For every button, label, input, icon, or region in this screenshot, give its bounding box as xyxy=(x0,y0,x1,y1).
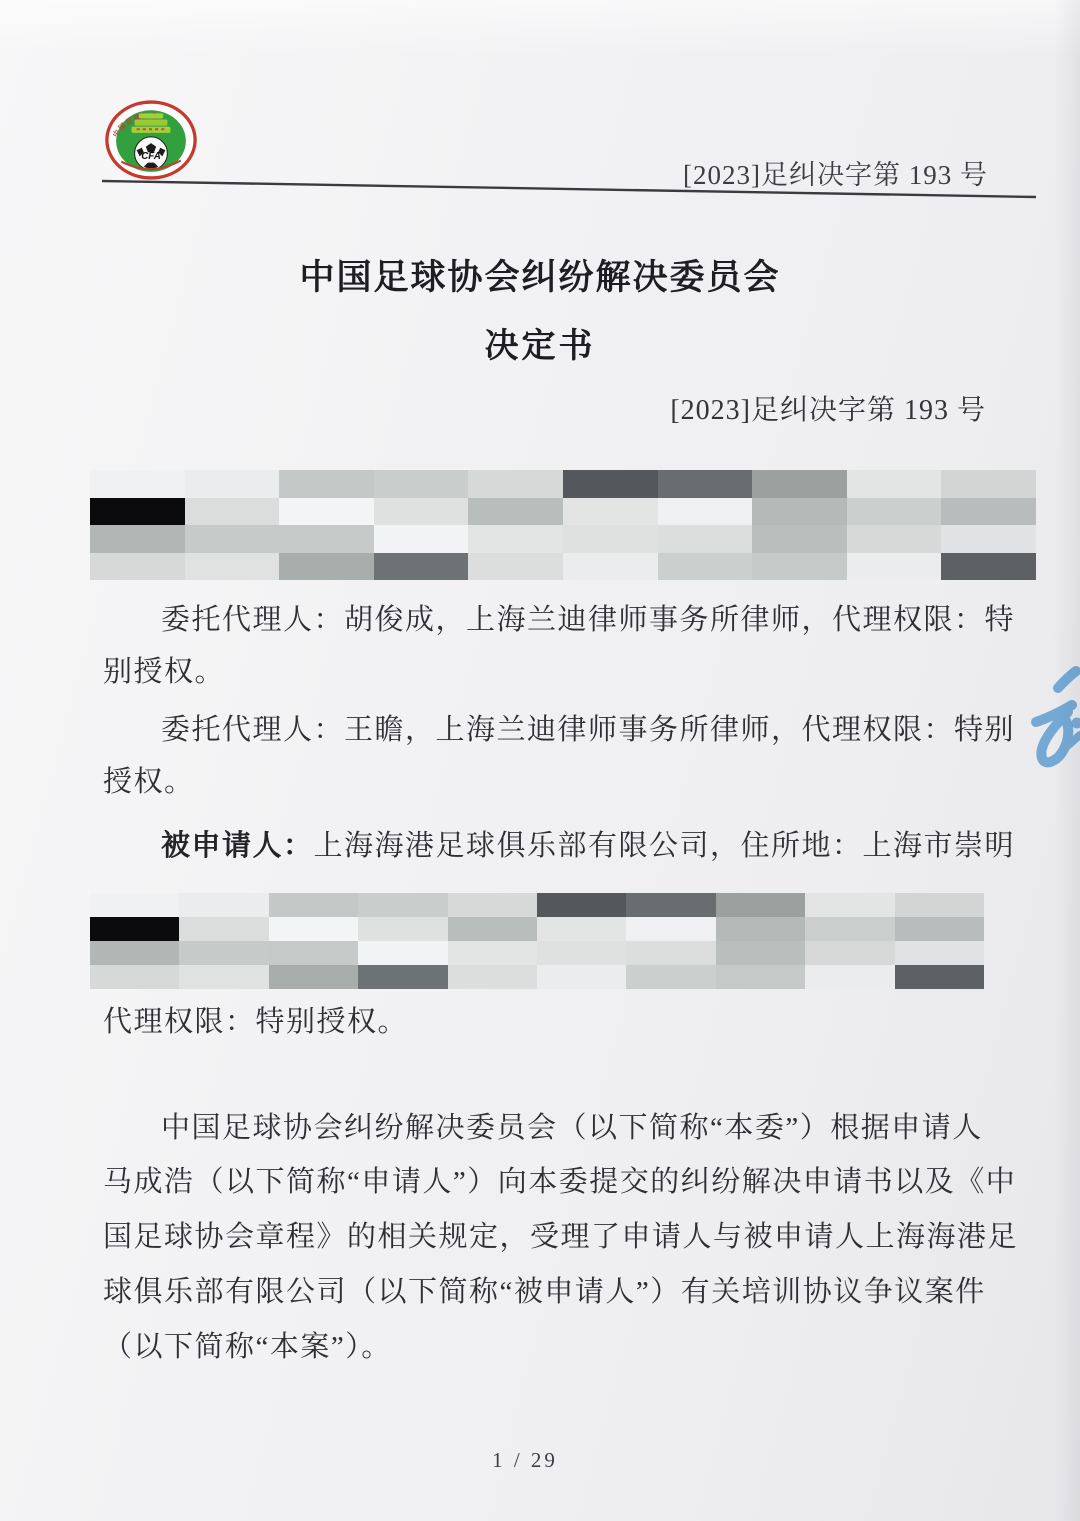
agent1-line2: 别授权。 xyxy=(103,652,225,692)
redaction-cell xyxy=(563,498,658,526)
redaction-cell xyxy=(90,470,185,498)
redaction-mosaic-applicant xyxy=(90,470,1036,580)
redaction-cell xyxy=(90,498,185,526)
redaction-cell xyxy=(269,941,358,965)
redaction-cell xyxy=(358,965,447,989)
redaction-cell xyxy=(941,498,1036,526)
redaction-cell xyxy=(448,893,537,917)
logo-football-icon: CFA xyxy=(135,137,168,170)
redaction-cell xyxy=(179,917,268,941)
redaction-cell xyxy=(448,941,537,965)
redaction-cell xyxy=(185,553,280,581)
paragraph-line5: （以下简称“本案”）。 xyxy=(103,1327,392,1367)
redaction-cell xyxy=(626,965,715,989)
paragraph-line2: 马成浩（以下简称“申请人”）向本委提交的纠纷解决申请书以及《中 xyxy=(103,1162,1016,1202)
redaction-cell xyxy=(448,965,537,989)
redaction-cell xyxy=(185,525,280,553)
respondent-text: 上海海港足球俱乐部有限公司，住所地：上海市崇明 xyxy=(314,830,1016,862)
redaction-cell xyxy=(537,893,626,917)
redaction-cell xyxy=(941,553,1036,581)
redaction-cell xyxy=(358,917,447,941)
redaction-cell xyxy=(279,553,374,581)
redaction-cell xyxy=(374,553,469,581)
redaction-mosaic-respondent xyxy=(90,893,984,989)
agent2-line2: 授权。 xyxy=(103,762,195,802)
paragraph-line4: 球俱乐部有限公司（以下简称“被申请人”）有关培训协议争议案件 xyxy=(103,1272,986,1312)
redaction-cell xyxy=(563,525,658,553)
redaction-cell xyxy=(626,941,715,965)
redaction-cell xyxy=(847,470,942,498)
redaction-cell xyxy=(626,917,715,941)
redaction-cell xyxy=(805,965,894,989)
redaction-cell xyxy=(537,941,626,965)
redaction-cell xyxy=(279,470,374,498)
redaction-cell xyxy=(716,893,805,917)
redaction-cell xyxy=(658,525,753,553)
redaction-cell xyxy=(90,965,179,989)
redaction-cell xyxy=(90,553,185,581)
redaction-cell xyxy=(537,917,626,941)
respondent-line: 被申请人：上海海港足球俱乐部有限公司，住所地：上海市崇明 xyxy=(161,826,1015,866)
redaction-cell xyxy=(847,525,942,553)
redaction-cell xyxy=(658,498,753,526)
redaction-cell xyxy=(358,893,447,917)
redaction-cell xyxy=(895,893,984,917)
redaction-cell xyxy=(941,525,1036,553)
scanned-document-page: 中国足球协会 CFA [2023]足纠决字第 193 号 中国足球 xyxy=(0,0,1080,1521)
redaction-cell xyxy=(895,917,984,941)
redaction-cell xyxy=(269,893,358,917)
cfa-logo: 中国足球协会 CFA xyxy=(104,100,198,180)
redaction-cell xyxy=(716,917,805,941)
redaction-cell xyxy=(716,965,805,989)
redaction-cell xyxy=(468,470,563,498)
redaction-cell xyxy=(358,941,447,965)
redaction-cell xyxy=(468,525,563,553)
redaction-cell xyxy=(279,525,374,553)
redaction-cell xyxy=(279,498,374,526)
redaction-cell xyxy=(847,553,942,581)
agent1-line1: 委托代理人：胡俊成，上海兰迪律师事务所律师，代理权限：特 xyxy=(161,600,1015,640)
redaction-cell xyxy=(179,941,268,965)
redaction-cell xyxy=(716,941,805,965)
redaction-cell xyxy=(805,893,894,917)
redaction-cell xyxy=(185,498,280,526)
handwritten-mark xyxy=(1012,648,1080,776)
redaction-cell xyxy=(752,553,847,581)
document-title: 中国足球协会纠纷解决委员会 xyxy=(0,250,1080,300)
redaction-cell xyxy=(563,470,658,498)
redaction-cell xyxy=(805,917,894,941)
document-subtitle: 决定书 xyxy=(0,318,1080,367)
agent2-line1: 委托代理人：王瞻，上海兰迪律师事务所律师，代理权限：特别 xyxy=(161,710,1015,750)
redaction-cell xyxy=(90,917,179,941)
redaction-cell xyxy=(374,470,469,498)
respondent-label: 被申请人： xyxy=(161,830,314,862)
redaction-cell xyxy=(895,941,984,965)
redaction-cell xyxy=(658,553,753,581)
redaction-cell xyxy=(468,498,563,526)
page-number: 1 / 29 xyxy=(0,1448,1050,1473)
redaction-cell xyxy=(537,965,626,989)
redaction-cell xyxy=(468,553,563,581)
logo-cfa-text: CFA xyxy=(141,151,160,162)
redaction-cell xyxy=(847,498,942,526)
header-case-number: [2023]足纠决字第 193 号 xyxy=(683,153,988,192)
case-number: [2023]足纠决字第 193 号 xyxy=(670,388,986,428)
redaction-cell xyxy=(374,498,469,526)
paragraph-line3: 国足球协会章程》的相关规定，受理了申请人与被申请人上海海港足 xyxy=(103,1217,1018,1257)
redaction-cell xyxy=(941,470,1036,498)
redaction-cell xyxy=(90,941,179,965)
paragraph-line1: 中国足球协会纠纷解决委员会（以下简称“本委”）根据申请人 xyxy=(161,1108,983,1148)
redaction-cell xyxy=(179,965,268,989)
redaction-cell xyxy=(374,525,469,553)
redaction-cell xyxy=(752,498,847,526)
redaction-cell xyxy=(90,893,179,917)
redaction-cell xyxy=(269,917,358,941)
authority-line: 代理权限：特别授权。 xyxy=(103,1002,408,1042)
redaction-cell xyxy=(626,893,715,917)
redaction-cell xyxy=(448,917,537,941)
redaction-cell xyxy=(752,470,847,498)
redaction-cell xyxy=(563,553,658,581)
redaction-cell xyxy=(269,965,358,989)
redaction-cell xyxy=(805,941,894,965)
redaction-cell xyxy=(895,965,984,989)
redaction-cell xyxy=(90,525,185,553)
redaction-cell xyxy=(658,470,753,498)
redaction-cell xyxy=(179,893,268,917)
redaction-cell xyxy=(752,525,847,553)
redaction-cell xyxy=(185,470,280,498)
